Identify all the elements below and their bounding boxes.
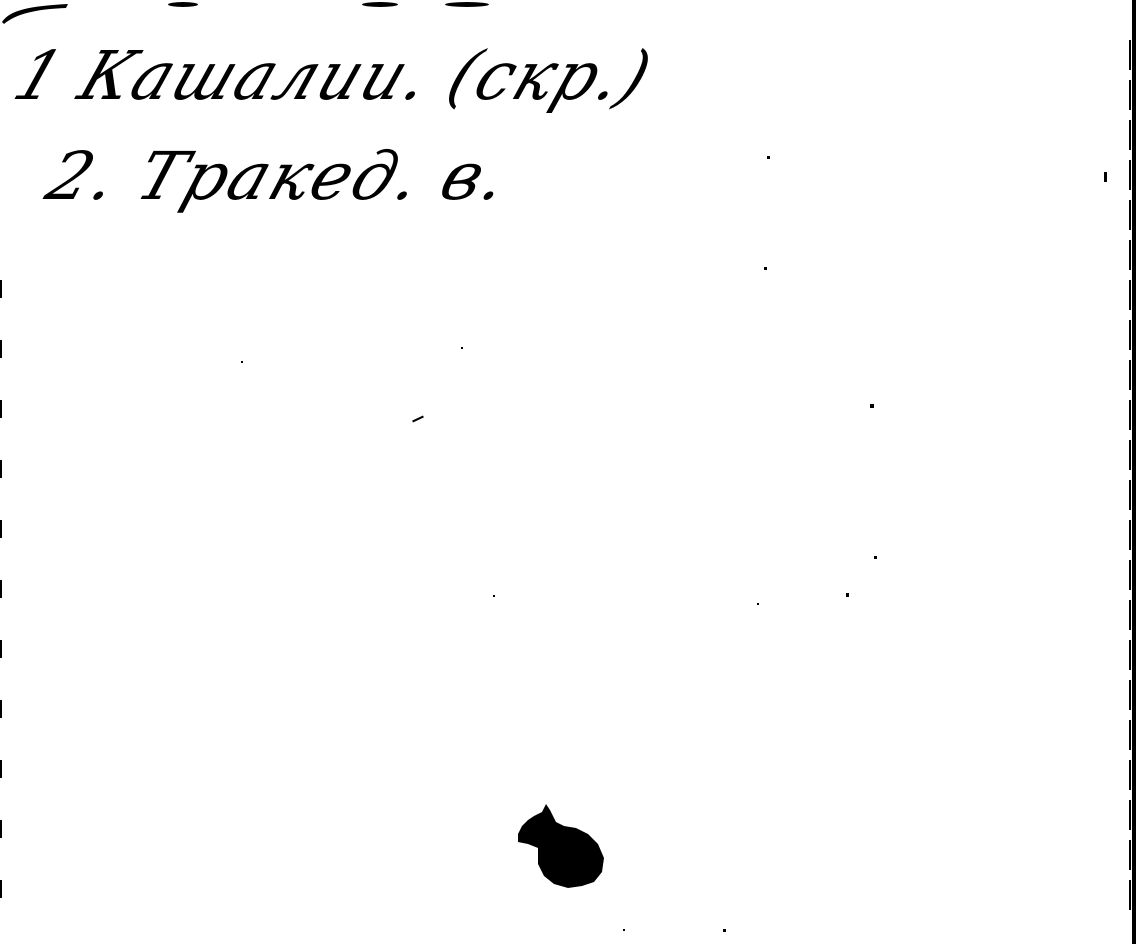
card-left-edge (0, 280, 2, 940)
speck (764, 267, 767, 270)
speck (870, 404, 874, 408)
top-left-edge-curl (0, 2, 70, 24)
speck (461, 347, 463, 349)
speck (241, 361, 243, 363)
speck (1104, 172, 1107, 182)
speck (493, 595, 495, 597)
handwritten-line-1: 1 Кашалии. (скр.) (4, 38, 663, 116)
speck (874, 556, 877, 559)
speck (412, 416, 424, 423)
speck (723, 929, 726, 932)
scanned-card: 1 Кашалии. (скр.) 2. Тракед. в. (0, 0, 1136, 944)
ink-blot-icon (510, 796, 610, 892)
handwritten-line-2: 2. Тракед. в. (37, 138, 519, 215)
speck (623, 929, 625, 931)
speck (767, 156, 770, 159)
edge-mark (168, 2, 198, 7)
speck (846, 593, 849, 597)
edge-mark (445, 2, 489, 7)
speck (757, 603, 759, 605)
card-right-edge (1132, 0, 1136, 944)
card-right-edge-shadow (1129, 40, 1131, 920)
edge-mark (362, 2, 398, 7)
